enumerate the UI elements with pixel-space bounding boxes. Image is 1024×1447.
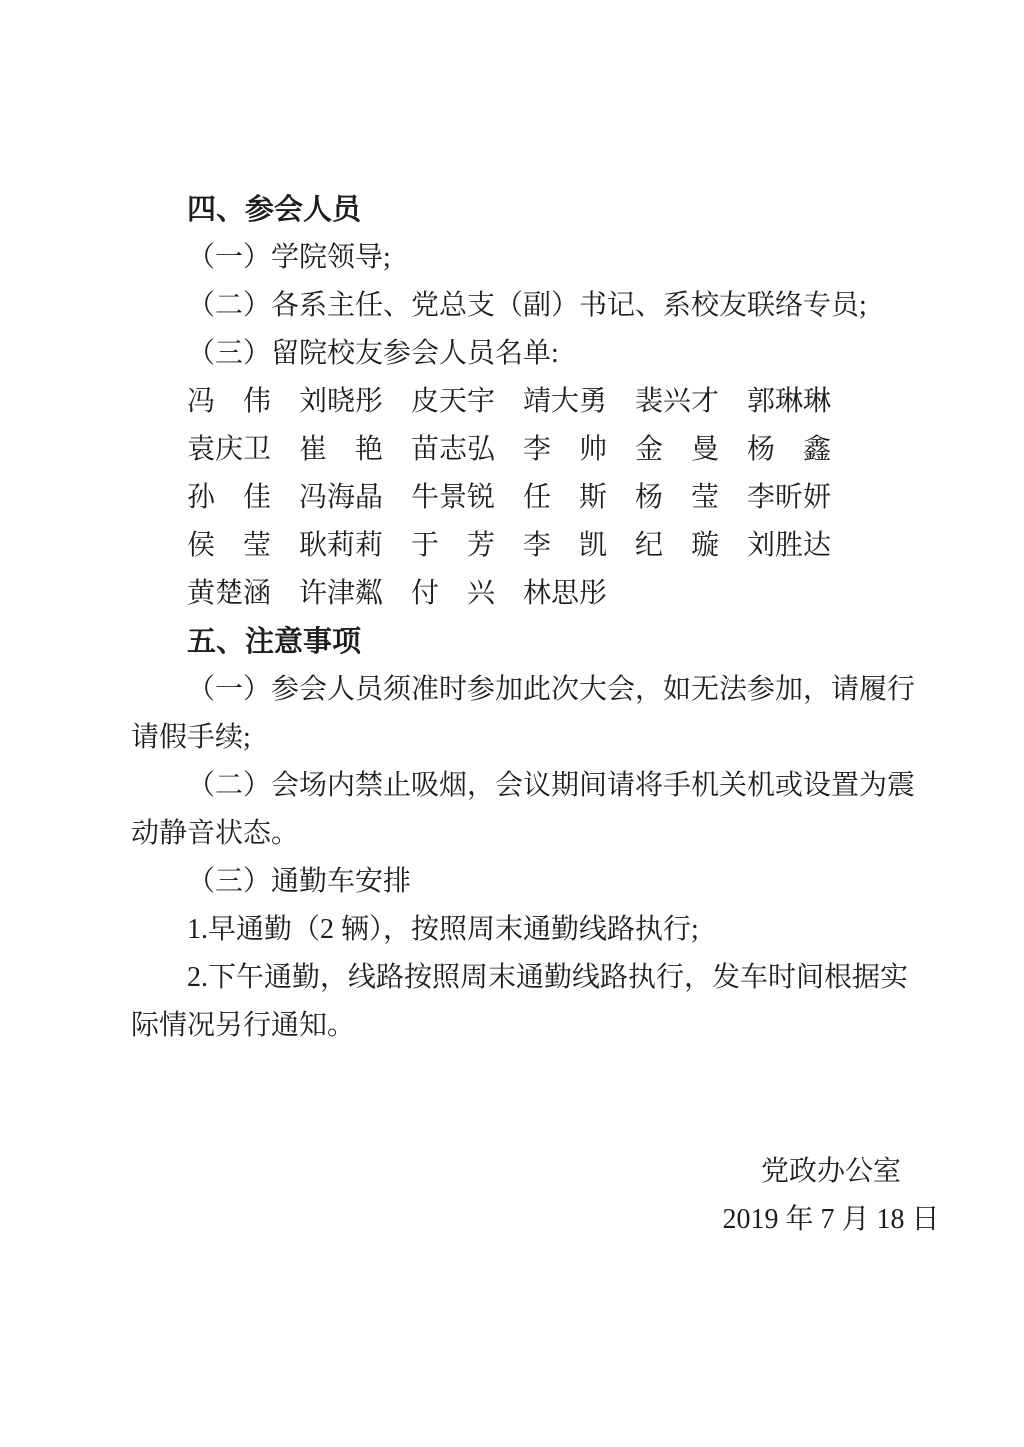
section-5-para-1-line-1: （一）参会人员须准时参加此次大会，如无法参加，请履行 [131,666,924,714]
attendees-row-2: 袁庆卫 崔 艳 苗志弘 李 帅 金 曼 杨 鑫 [131,426,924,474]
section-5-para-2-line-1: （二）会场内禁止吸烟，会议期间请将手机关机或设置为震 [131,762,924,810]
section-5-para-3-line-1: （三）通勤车安排 [131,858,924,906]
section-4-item-1: （一）学院领导; [131,234,924,282]
section-5-para-4-line-1: 1.早通勤（2 辆），按照周末通勤线路执行; [131,906,924,954]
attendees-row-3: 孙 佳 冯海晶 牛景锐 任 斯 杨 莹 李昕妍 [131,474,924,522]
section-4-item-2: （二）各系主任、党总支（副）书记、系校友联络专员; [131,282,924,330]
signature-date: 2019 年 7 月 18 日 [631,1196,1024,1244]
signature-department: 党政办公室 [631,1148,1024,1196]
section-5-para-5-line-1: 2.下午通勤，线路按照周末通勤线路执行，发车时间根据实 [131,954,924,1002]
attendees-row-1: 冯 伟 刘晓彤 皮天宇 靖大勇 裴兴才 郭琳琳 [131,378,924,426]
section-4-heading: 四、参会人员 [131,186,924,234]
signature-block: 党政办公室 2019 年 7 月 18 日 [631,1148,1024,1244]
section-5-para-1-line-2: 请假手续; [131,714,924,762]
attendees-row-5: 黄楚涵 许津粼 付 兴 林思彤 [131,570,924,618]
attendees-row-4: 侯 莹 耿莉莉 于 芳 李 凯 纪 璇 刘胜达 [131,522,924,570]
section-4-item-3: （三）留院校友参会人员名单: [131,330,924,378]
section-5-para-2-line-2: 动静音状态。 [131,810,924,858]
document-page: 四、参会人员 （一）学院领导; （二）各系主任、党总支（副）书记、系校友联络专员… [0,0,1024,1447]
section-5-heading: 五、注意事项 [131,618,924,666]
document-body: 四、参会人员 （一）学院领导; （二）各系主任、党总支（副）书记、系校友联络专员… [0,0,1024,1244]
section-5-para-5-line-2: 际情况另行通知。 [131,1002,924,1050]
